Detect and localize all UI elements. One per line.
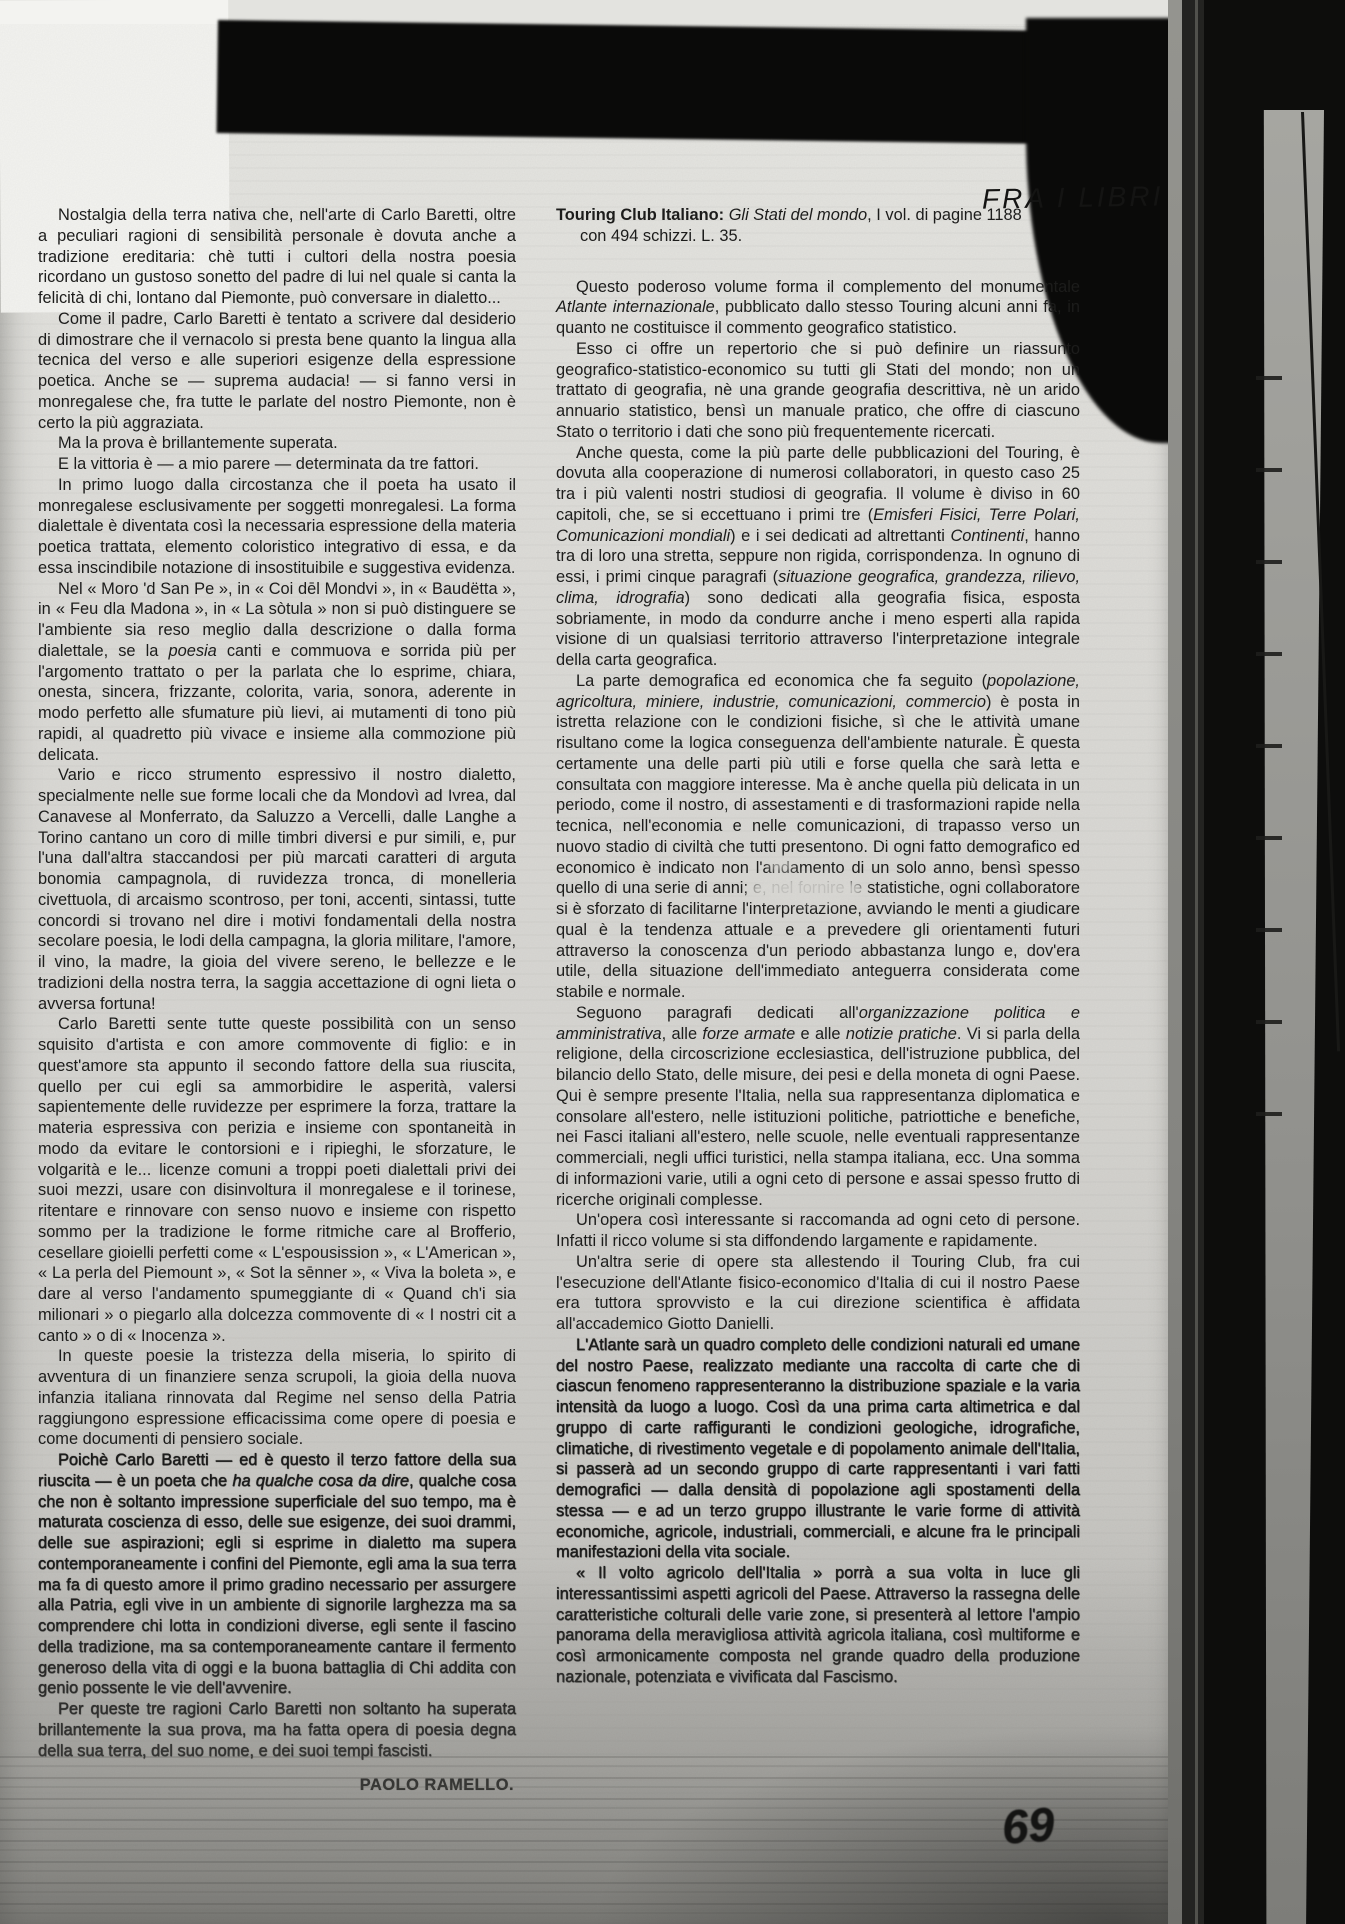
paragraph: Carlo Baretti sente tutte queste possibi… bbox=[38, 1014, 516, 1346]
paragraph: Anche questa, come la più parte delle pu… bbox=[556, 443, 1080, 671]
scan-blemish bbox=[748, 876, 866, 903]
paragraph: Vario e ricco strumento espressivo il no… bbox=[38, 765, 516, 1014]
paragraph: Un'opera così interessante si raccomanda… bbox=[556, 1210, 1080, 1252]
paragraph: L'Atlante sarà un quadro completo delle … bbox=[556, 1335, 1080, 1563]
paragraph: Questo poderoso volume forma il compleme… bbox=[556, 277, 1080, 339]
page-number: 69 bbox=[1000, 1796, 1056, 1855]
left-column: Nostalgia della terra nativa che, nell'a… bbox=[38, 205, 516, 1796]
text-run: Un'opera così interessante si raccomanda… bbox=[556, 1211, 1080, 1250]
text-run: ha qualche cosa da dire bbox=[232, 1472, 409, 1490]
text-run: Vario e ricco strumento espressivo il no… bbox=[38, 766, 516, 1012]
scan-corner-blot bbox=[520, 1700, 1168, 1924]
text-run: , alle bbox=[662, 1025, 703, 1043]
text-run: In primo luogo dalla circostanza che il … bbox=[38, 476, 516, 577]
paragraph: Touring Club Italiano: Gli Stati del mon… bbox=[556, 205, 1080, 247]
page-edge-strip bbox=[1168, 0, 1182, 1924]
text-run: poesia bbox=[168, 642, 216, 660]
text-run: canti e commuova e sorrida più per l'arg… bbox=[38, 642, 516, 764]
spine-highlight-line bbox=[1195, 0, 1198, 1924]
text-run: Nostalgia della terra nativa che, nell'a… bbox=[38, 206, 516, 307]
text-run: forze armate bbox=[702, 1025, 795, 1043]
paragraph: Un'altra serie di opere sta allestendo i… bbox=[556, 1252, 1080, 1335]
scanned-magazine-page: FRA I LIBRI Nostalgia della terra nativa… bbox=[0, 0, 1345, 1924]
paragraph: Ma la prova è brillantemente superata. bbox=[38, 433, 516, 454]
paragraph: E la vittoria è — a mio parere — determi… bbox=[38, 454, 516, 475]
text-run: La parte demografica ed economica che fa… bbox=[576, 672, 987, 690]
text-run: Gli Stati del mondo bbox=[729, 206, 867, 224]
text-run: Questo poderoso volume forma il compleme… bbox=[576, 278, 1080, 296]
text-run: Ma la prova è brillantemente superata. bbox=[58, 434, 338, 452]
paragraph: Nel « Moro 'd San Pe », in « Coi dēl Mon… bbox=[38, 579, 516, 766]
fore-edge-ticks bbox=[1256, 288, 1282, 1168]
text-run: L'Atlante sarà un quadro completo delle … bbox=[556, 1336, 1080, 1562]
text-run: . Vi si parla della religione, della cir… bbox=[556, 1025, 1080, 1209]
paragraph: Esso ci offre un repertorio che si può d… bbox=[556, 339, 1080, 443]
text-run: Esso ci offre un repertorio che si può d… bbox=[556, 340, 1080, 441]
spine-shadow-strip bbox=[1182, 0, 1204, 1924]
text-run: ) e i sei dedicati ad altrettanti bbox=[730, 527, 950, 545]
paragraph: In primo luogo dalla circostanza che il … bbox=[38, 475, 516, 579]
text-run: Touring Club Italiano: bbox=[556, 206, 729, 224]
text-run: Un'altra serie di opere sta allestendo i… bbox=[556, 1253, 1080, 1333]
text-run: E la vittoria è — a mio parere — determi… bbox=[58, 455, 479, 473]
text-run: Atlante internazionale bbox=[556, 298, 715, 316]
text-run: notizie pratiche bbox=[846, 1025, 957, 1043]
text-run: Come il padre, Carlo Baretti è tentato a… bbox=[38, 310, 516, 432]
right-column: Touring Club Italiano: Gli Stati del mon… bbox=[556, 205, 1080, 1688]
paragraph: La parte demografica ed economica che fa… bbox=[556, 671, 1080, 1003]
paragraph: Nostalgia della terra nativa che, nell'a… bbox=[38, 205, 516, 309]
text-run: In queste poesie la tristezza della mise… bbox=[38, 1347, 516, 1448]
text-run: e alle bbox=[795, 1025, 846, 1043]
scan-blemish-small bbox=[768, 858, 794, 871]
text-run: Carlo Baretti sente tutte queste possibi… bbox=[38, 1015, 516, 1344]
paragraph: Come il padre, Carlo Baretti è tentato a… bbox=[38, 309, 516, 434]
text-run: Continenti bbox=[950, 527, 1024, 545]
scan-book-edge bbox=[1168, 0, 1345, 1924]
text-run: Seguono paragrafi dedicati all' bbox=[576, 1004, 859, 1022]
paragraph: Seguono paragrafi dedicati all'organizza… bbox=[556, 1003, 1080, 1211]
paragraph: In queste poesie la tristezza della mise… bbox=[38, 1346, 516, 1450]
text-run: ) è posta in istretta relazione con le c… bbox=[556, 693, 1080, 1002]
